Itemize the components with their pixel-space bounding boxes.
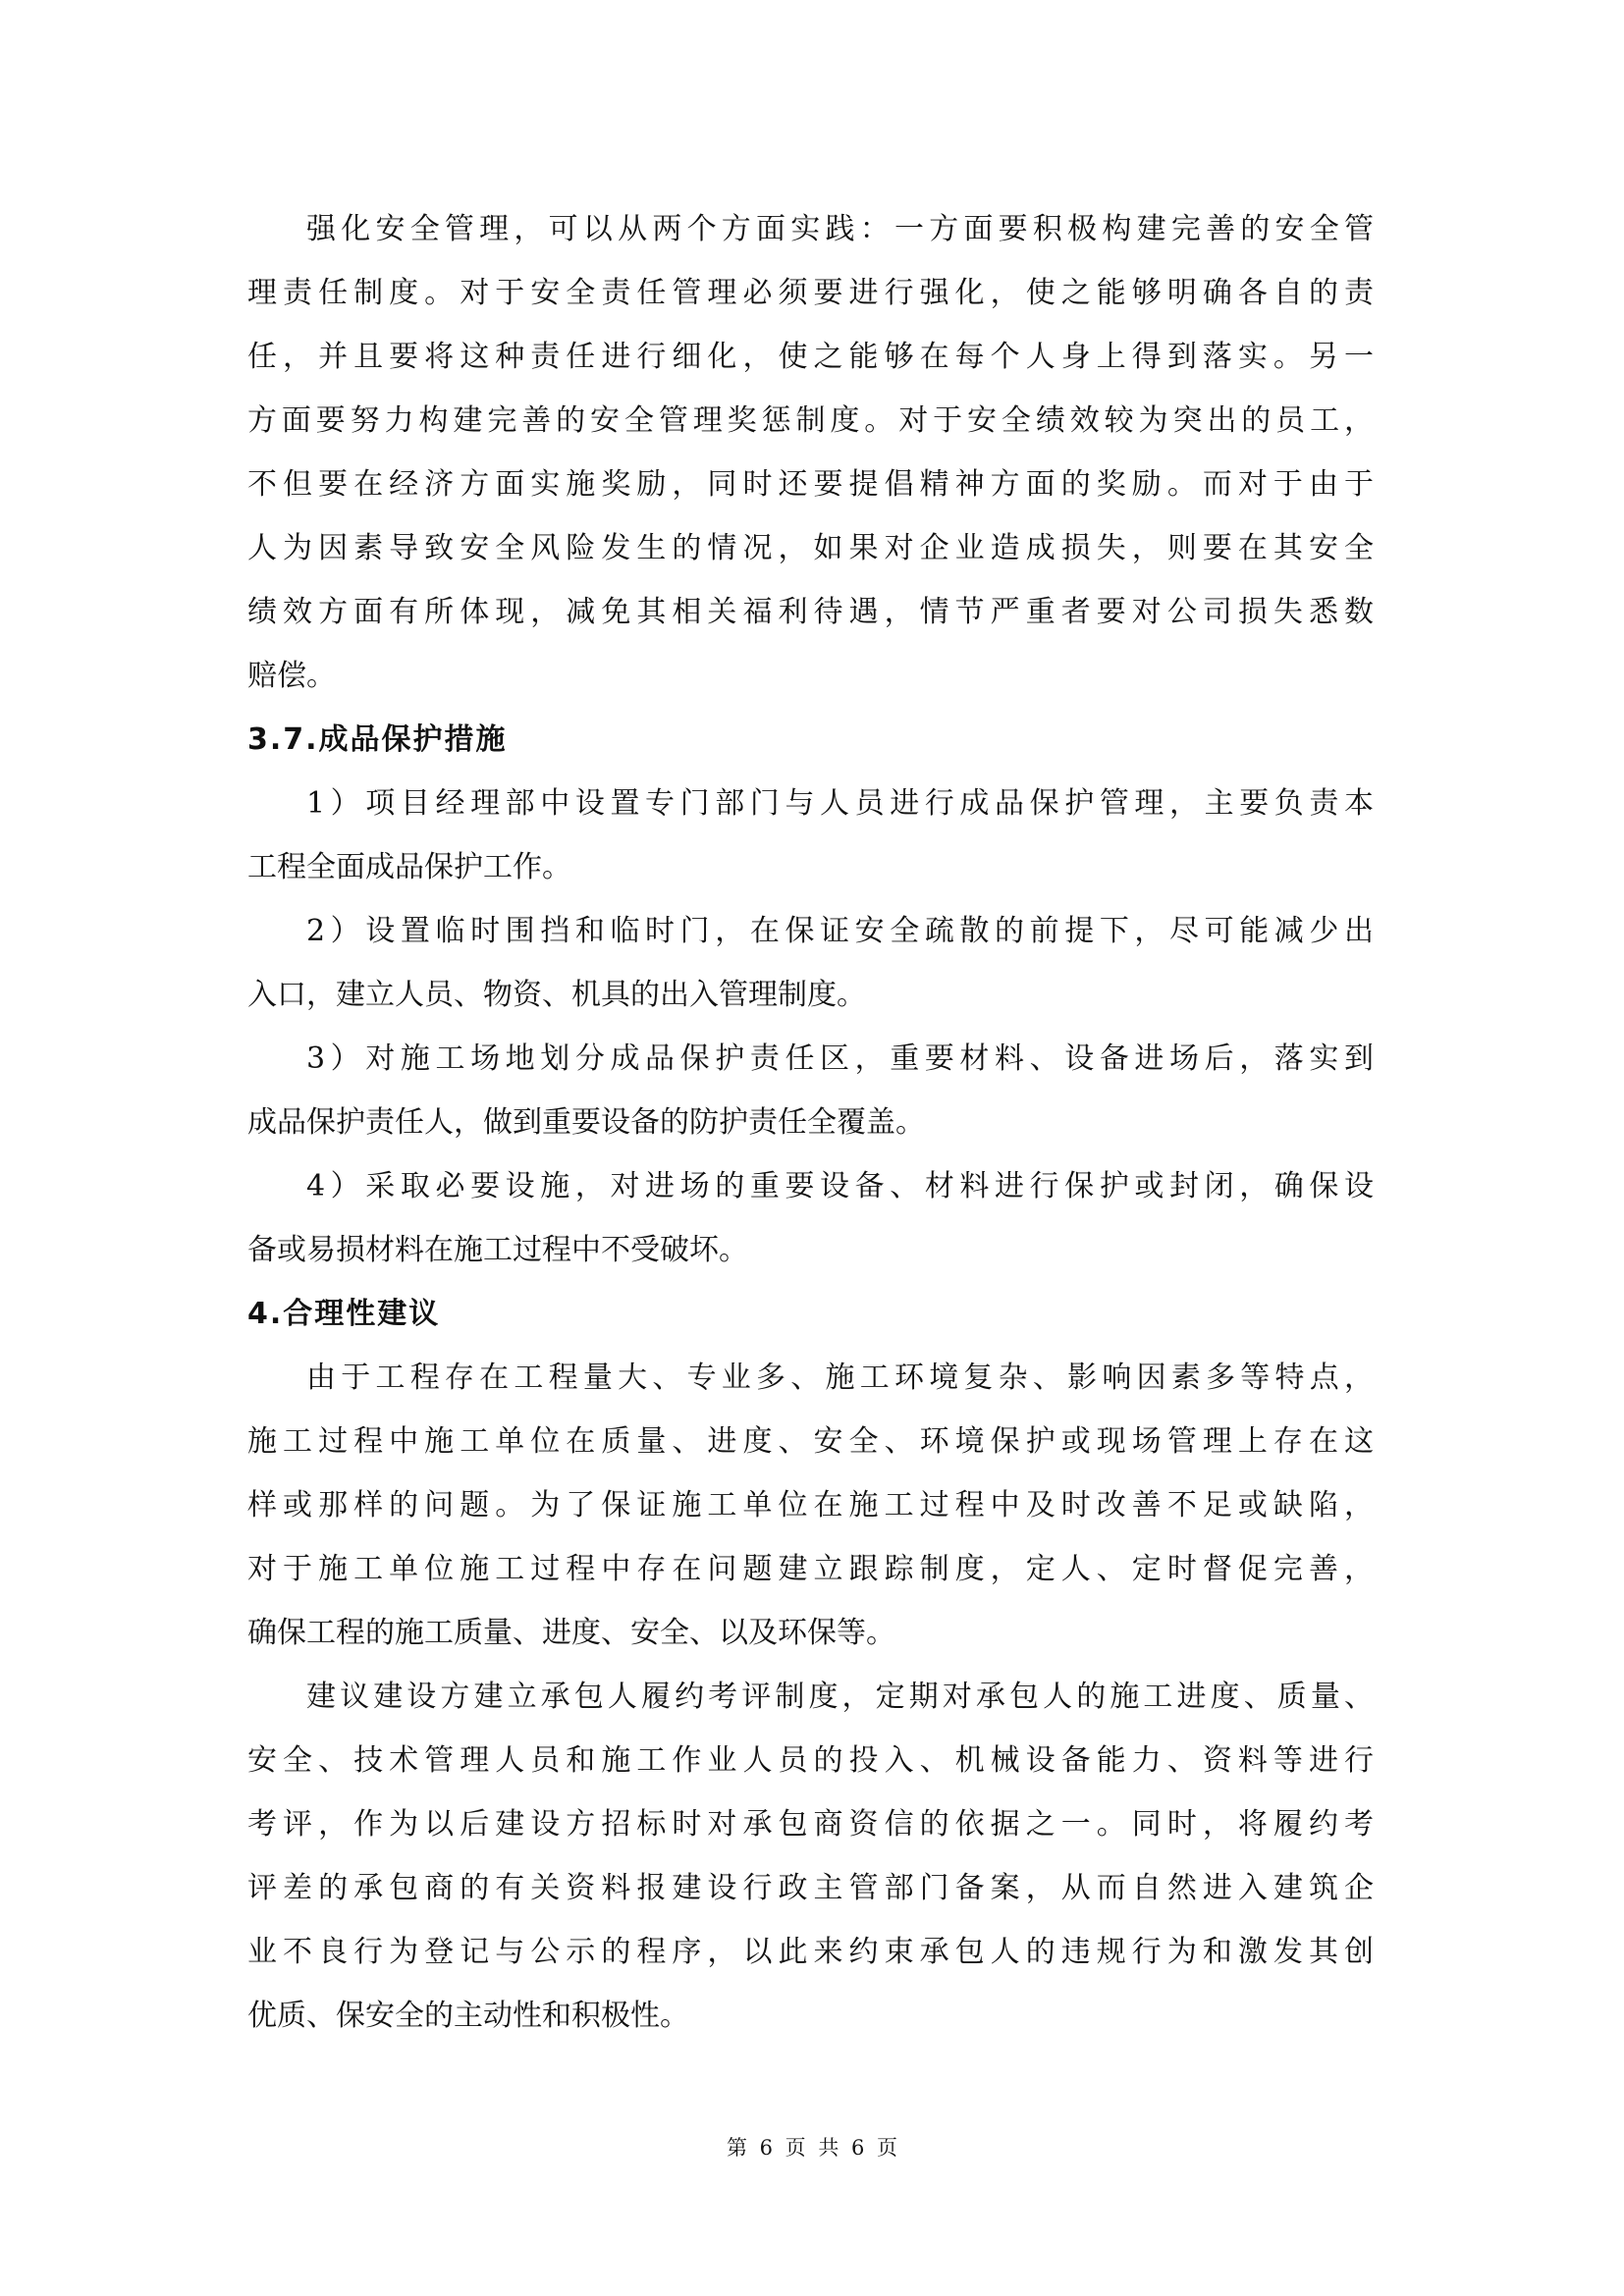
paragraph-recommendation: 建议建设方建立承包人履约考评制度，定期对承包人的施工进度、质量、 安全、技术管理…	[247, 1665, 1374, 2048]
paragraph-line: 工程全面成品保护工作。	[247, 835, 1374, 899]
paragraph-line: 人为因素导致安全风险发生的情况，如果对企业造成损失，则要在其安全	[247, 516, 1374, 580]
page-content: 强化安全管理，可以从两个方面实践：一方面要积极构建完善的安全管 理责任制度。对于…	[247, 197, 1374, 2048]
paragraph-line: 安全、技术管理人员和施工作业人员的投入、机械设备能力、资料等进行	[247, 1729, 1374, 1792]
paragraph-line: 施工过程中施工单位在质量、进度、安全、环境保护或现场管理上存在这	[247, 1410, 1374, 1473]
paragraph-line: 2）设置临时围挡和临时门，在保证安全疏散的前提下，尽可能减少出	[247, 899, 1374, 963]
paragraph-line: 不但要在经济方面实施奖励，同时还要提倡精神方面的奖励。而对于由于	[247, 453, 1374, 516]
paragraph-line: 建议建设方建立承包人履约考评制度，定期对承包人的施工进度、质量、	[247, 1665, 1374, 1729]
list-item-4: 4）采取必要设施，对进场的重要设备、材料进行保护或封闭，确保设 备或易损材料在施…	[247, 1154, 1374, 1282]
paragraph-line: 方面要努力构建完善的安全管理奖惩制度。对于安全绩效较为突出的员工，	[247, 389, 1374, 453]
page-footer: 第 6 页 共 6 页	[0, 2132, 1624, 2163]
paragraph-line: 绩效方面有所体现，减免其相关福利待遇，情节严重者要对公司损失悉数	[247, 580, 1374, 644]
list-item-3: 3）对施工场地划分成品保护责任区，重要材料、设备进场后，落实到 成品保护责任人，…	[247, 1027, 1374, 1154]
paragraph-line: 由于工程存在工程量大、专业多、施工环境复杂、影响因素多等特点，	[247, 1346, 1374, 1410]
paragraph-line: 理责任制度。对于安全责任管理必须要进行强化，使之能够明确各自的责	[247, 261, 1374, 325]
paragraph-line: 4）采取必要设施，对进场的重要设备、材料进行保护或封闭，确保设	[247, 1154, 1374, 1218]
paragraph-line: 1）项目经理部中设置专门部门与人员进行成品保护管理，主要负责本	[247, 772, 1374, 835]
section-heading-4: 4.合理性建议	[247, 1282, 1374, 1346]
section-heading-3-7: 3.7.成品保护措施	[247, 708, 1374, 772]
paragraph-problems: 由于工程存在工程量大、专业多、施工环境复杂、影响因素多等特点， 施工过程中施工单…	[247, 1346, 1374, 1665]
list-item-1: 1）项目经理部中设置专门部门与人员进行成品保护管理，主要负责本 工程全面成品保护…	[247, 772, 1374, 899]
paragraph-line: 确保工程的施工质量、进度、安全、以及环保等。	[247, 1601, 1374, 1665]
paragraph-line: 入口，建立人员、物资、机具的出入管理制度。	[247, 963, 1374, 1027]
list-item-2: 2）设置临时围挡和临时门，在保证安全疏散的前提下，尽可能减少出 入口，建立人员、…	[247, 899, 1374, 1027]
paragraph-line: 对于施工单位施工过程中存在问题建立跟踪制度，定人、定时督促完善，	[247, 1537, 1374, 1601]
paragraph-line: 评差的承包商的有关资料报建设行政主管部门备案，从而自然进入建筑企	[247, 1856, 1374, 1920]
paragraph-safety-management: 强化安全管理，可以从两个方面实践：一方面要积极构建完善的安全管 理责任制度。对于…	[247, 197, 1374, 708]
paragraph-line: 3）对施工场地划分成品保护责任区，重要材料、设备进场后，落实到	[247, 1027, 1374, 1091]
paragraph-line: 优质、保安全的主动性和积极性。	[247, 1984, 1374, 2048]
paragraph-line: 样或那样的问题。为了保证施工单位在施工过程中及时改善不足或缺陷，	[247, 1473, 1374, 1537]
paragraph-line: 备或易损材料在施工过程中不受破坏。	[247, 1218, 1374, 1282]
paragraph-line: 赔偿。	[247, 644, 1374, 708]
paragraph-line: 业不良行为登记与公示的程序，以此来约束承包人的违规行为和激发其创	[247, 1920, 1374, 1984]
paragraph-line: 考评，作为以后建设方招标时对承包商资信的依据之一。同时，将履约考	[247, 1792, 1374, 1856]
document-page: 强化安全管理，可以从两个方面实践：一方面要积极构建完善的安全管 理责任制度。对于…	[0, 0, 1624, 2296]
page-number-label: 第 6 页 共 6 页	[727, 2136, 897, 2160]
paragraph-line: 强化安全管理，可以从两个方面实践：一方面要积极构建完善的安全管	[247, 197, 1374, 261]
paragraph-line: 任，并且要将这种责任进行细化，使之能够在每个人身上得到落实。另一	[247, 325, 1374, 389]
paragraph-line: 成品保护责任人，做到重要设备的防护责任全覆盖。	[247, 1091, 1374, 1154]
